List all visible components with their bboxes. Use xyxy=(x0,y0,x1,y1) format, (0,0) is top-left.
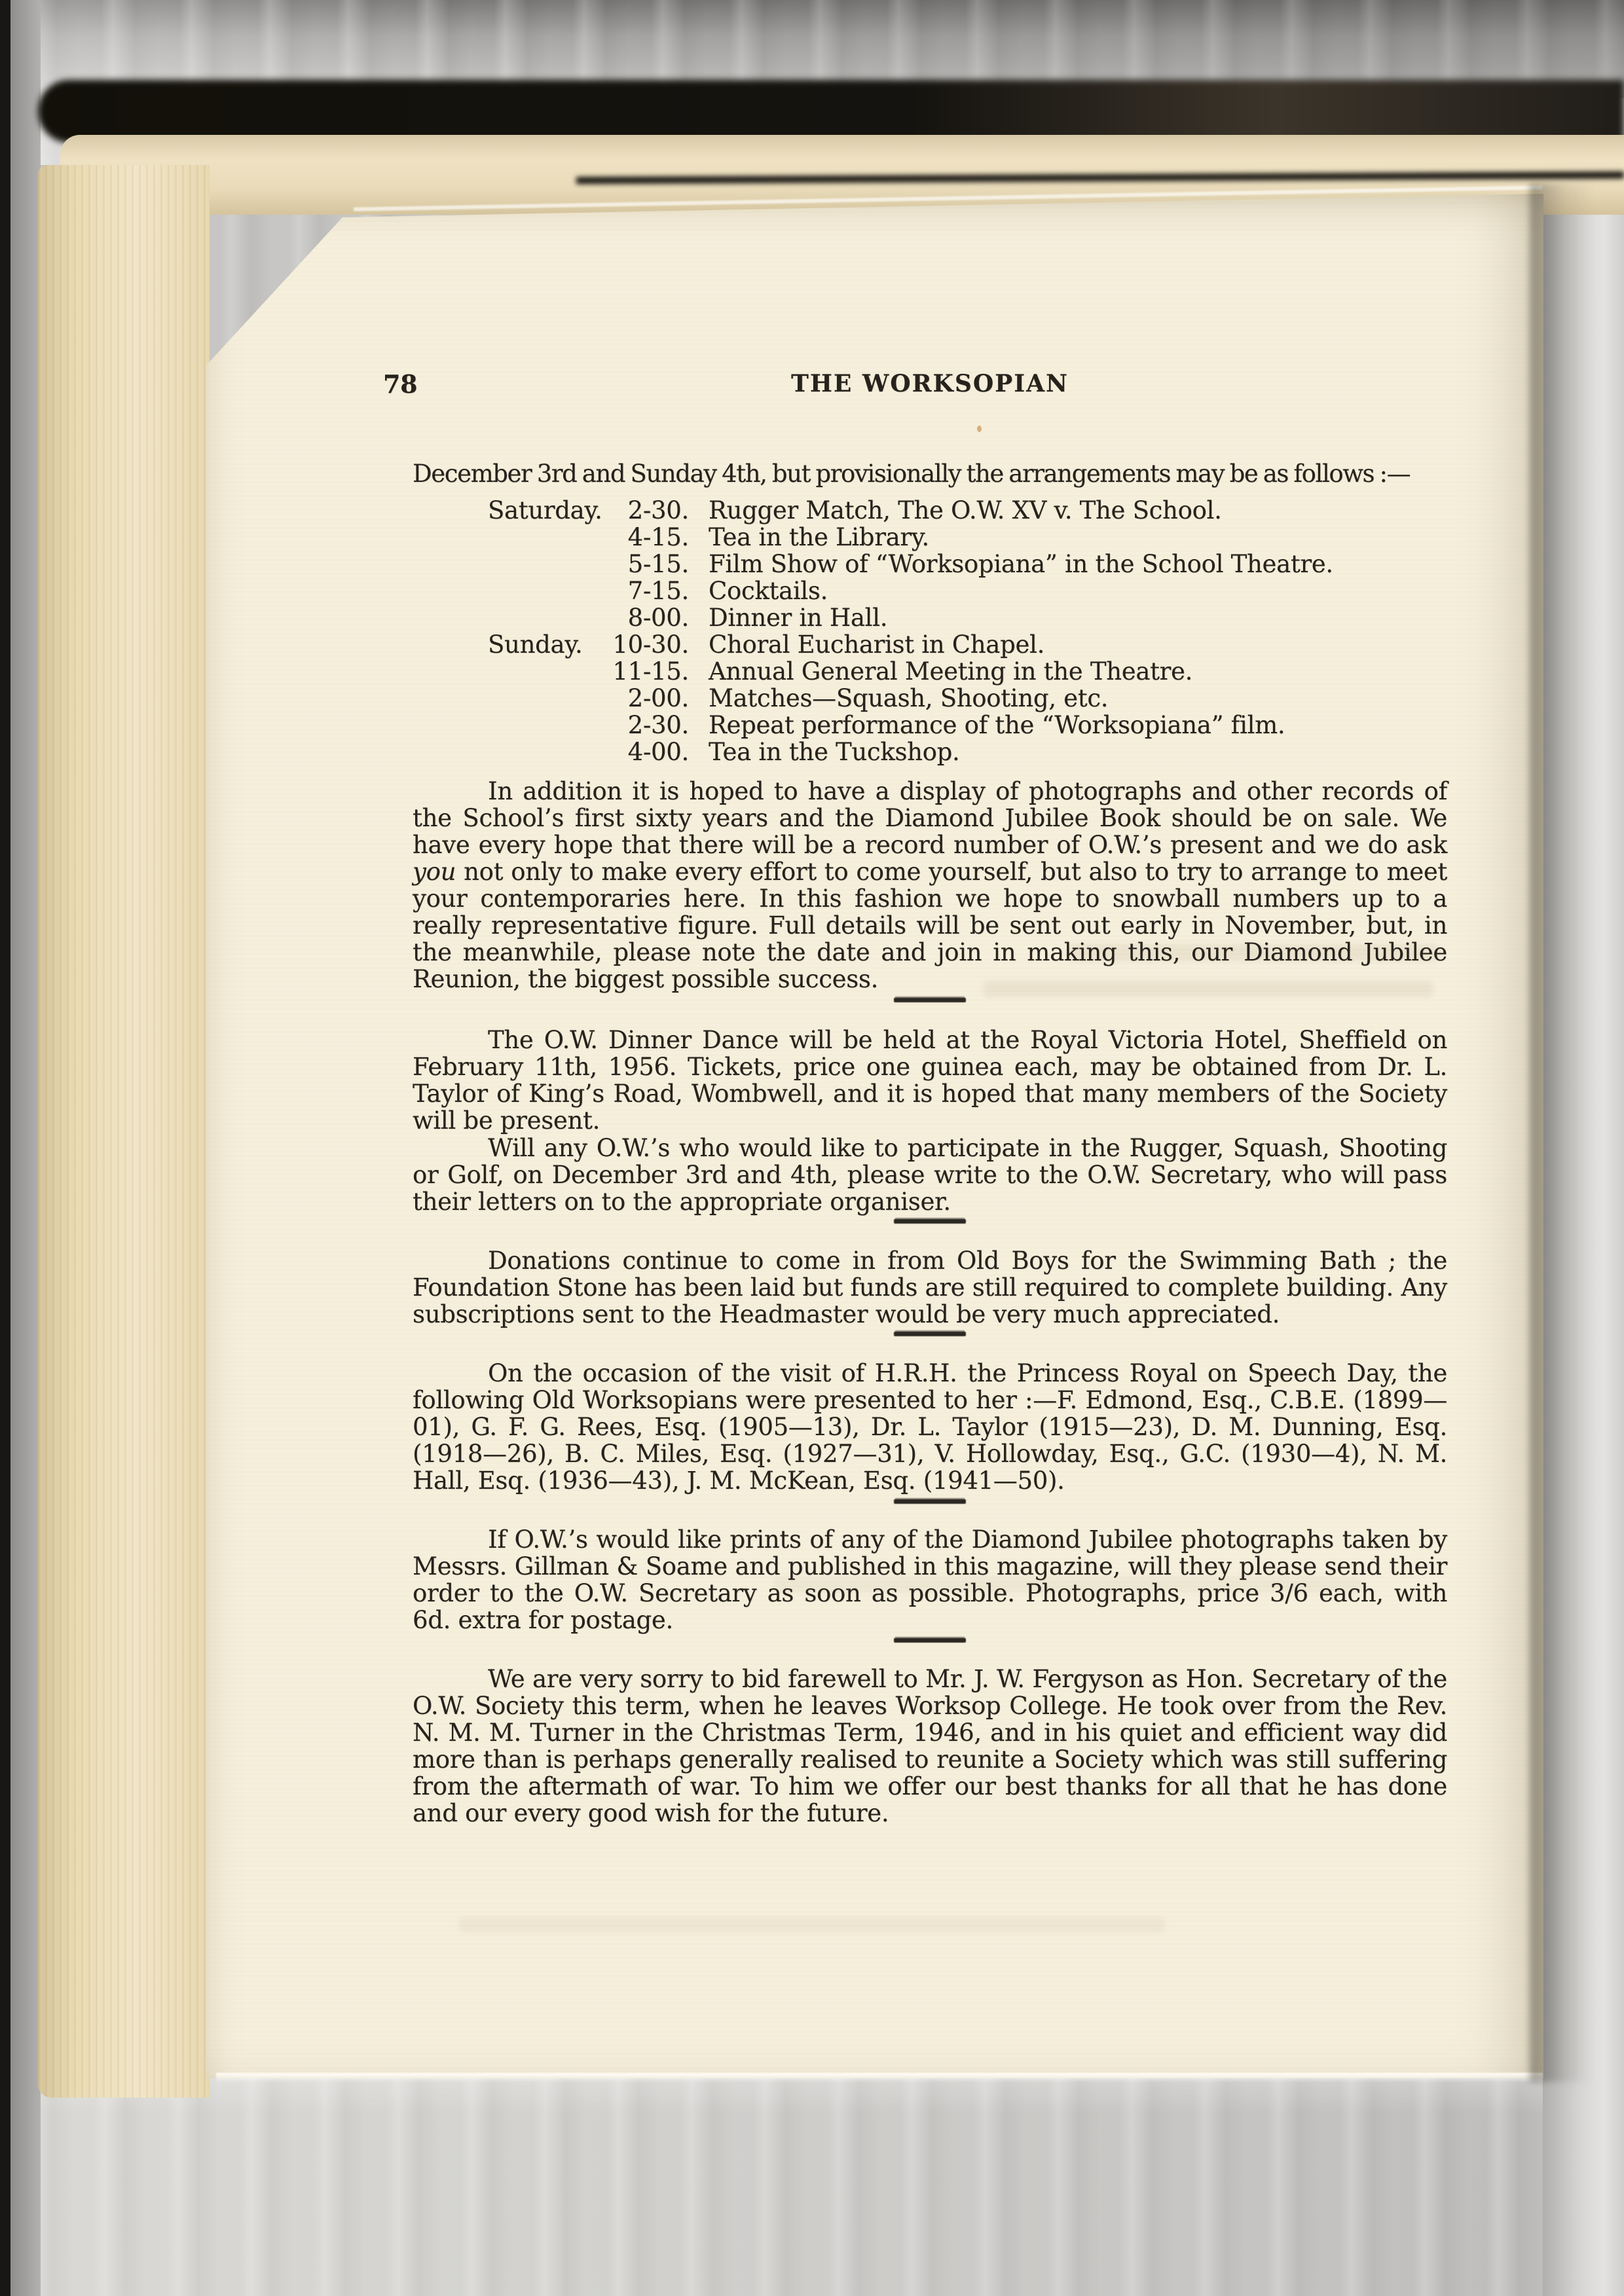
schedule-row: Sunday. 10-30. Choral Eucharist in Chape… xyxy=(488,631,1447,658)
schedule-row: 4-00. Tea in the Tuckshop. xyxy=(488,738,1447,765)
schedule-row: Saturday. 2-30. Rugger Match, The O.W. X… xyxy=(488,497,1447,524)
show-through-mark xyxy=(458,1917,1166,1933)
paragraph-text: not only to make every effort to come yo… xyxy=(413,858,1447,993)
paragraph-text: In addition it is hoped to have a displa… xyxy=(413,777,1447,859)
schedule-day-label xyxy=(488,712,612,738)
schedule-row: 2-00. Matches—Squash, Shooting, etc. xyxy=(488,685,1447,712)
paragraph-dinner-dance: The O.W. Dinner Dance will be held at th… xyxy=(413,1027,1447,1134)
paragraph-photo-prints: If O.W.’s would like prints of any of th… xyxy=(413,1526,1447,1633)
schedule-event: Tea in the Library. xyxy=(689,524,1447,551)
schedule-event: Dinner in Hall. xyxy=(689,604,1447,631)
schedule-day-label xyxy=(488,738,612,765)
schedule-event: Rugger Match, The O.W. XV v. The School. xyxy=(689,497,1447,524)
schedule-day-label xyxy=(488,551,612,577)
italic-emphasis: you xyxy=(413,858,456,886)
schedule-row: 4-15. Tea in the Library. xyxy=(488,524,1447,551)
schedule-time: 10-30. xyxy=(612,631,689,658)
journal-title: THE WORKSOPIAN xyxy=(413,371,1447,397)
schedule-event: Annual General Meeting in the Theatre. xyxy=(689,658,1447,685)
schedule-time: 2-30. xyxy=(612,497,689,524)
schedule-time: 2-30. xyxy=(612,712,689,738)
section-divider xyxy=(894,1638,966,1643)
section-divider xyxy=(894,1499,966,1504)
schedule-event: Tea in the Tuckshop. xyxy=(689,738,1447,765)
paragraph-sports-participation: Will any O.W.’s who would like to partic… xyxy=(413,1135,1447,1215)
schedule-time: 11-15. xyxy=(612,658,689,685)
schedule-event: Film Show of “Worksopiana” in the School… xyxy=(689,551,1447,577)
schedule-day-label xyxy=(488,685,612,712)
page-content: 78 THE WORKSOPIAN December 3rd and Sunda… xyxy=(0,0,1624,2296)
schedule-day-label xyxy=(488,577,612,604)
schedule-day-label xyxy=(488,524,612,551)
paragraph-princess-royal: On the occasion of the visit of H.R.H. t… xyxy=(413,1360,1447,1494)
schedule-row: 8-00. Dinner in Hall. xyxy=(488,604,1447,631)
schedule-row: 11-15. Annual General Meeting in the The… xyxy=(488,658,1447,685)
schedule-time: 4-15. xyxy=(612,524,689,551)
section-divider xyxy=(894,1219,966,1224)
schedule-time: 4-00. xyxy=(612,738,689,765)
schedule-time: 5-15. xyxy=(612,551,689,577)
schedule-time: 8-00. xyxy=(612,604,689,631)
paragraph-reunion: In addition it is hoped to have a displa… xyxy=(413,778,1447,993)
paper-speck xyxy=(977,426,982,432)
paragraph-donations: Donations continue to come in from Old B… xyxy=(413,1247,1447,1328)
schedule-day-label xyxy=(488,604,612,631)
schedule-time: 7-15. xyxy=(612,577,689,604)
schedule-event: Repeat performance of the “Worksopiana” … xyxy=(689,712,1447,738)
schedule-event: Choral Eucharist in Chapel. xyxy=(689,631,1447,658)
section-divider xyxy=(894,998,966,1002)
schedule-event: Matches—Squash, Shooting, etc. xyxy=(689,685,1447,712)
event-schedule: Saturday. 2-30. Rugger Match, The O.W. X… xyxy=(488,497,1447,765)
schedule-row: 5-15. Film Show of “Worksopiana” in the … xyxy=(488,551,1447,577)
schedule-event: Cocktails. xyxy=(689,577,1447,604)
schedule-day-label xyxy=(488,658,612,685)
intro-paragraph: December 3rd and Sunday 4th, but provisi… xyxy=(413,460,1467,487)
schedule-time: 2-00. xyxy=(612,685,689,712)
schedule-row: 2-30. Repeat performance of the “Worksop… xyxy=(488,712,1447,738)
paragraph-farewell: We are very sorry to bid farewell to Mr.… xyxy=(413,1666,1447,1827)
schedule-day-label: Saturday. xyxy=(488,497,612,524)
schedule-row: 7-15. Cocktails. xyxy=(488,577,1447,604)
section-divider xyxy=(894,1332,966,1336)
schedule-day-label: Sunday. xyxy=(488,631,612,658)
